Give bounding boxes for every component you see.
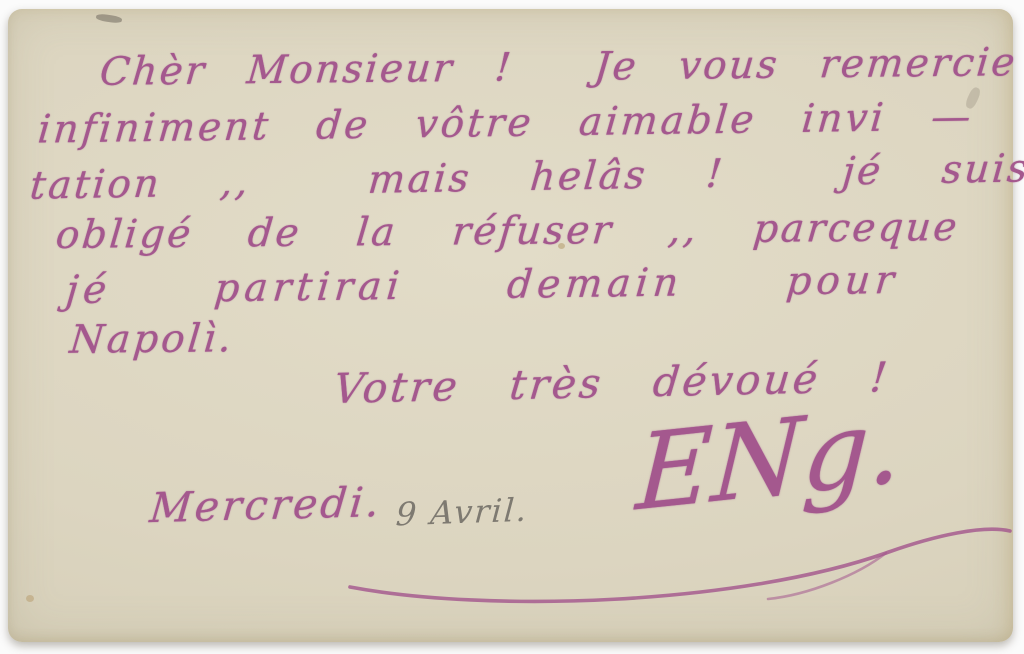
body-line-2: infiniment de vôtre aimable invi — xyxy=(36,94,975,152)
dateline-date-pencil: 9 Avril. xyxy=(395,491,530,534)
paper-speck xyxy=(26,595,34,602)
signature-initials: ENg. xyxy=(634,392,905,525)
body-line-4: obligé de la réfuser ,, parceque xyxy=(54,205,961,258)
photo-background: Chèr Monsieur ! Je vous remercie infinim… xyxy=(0,0,1024,654)
dateline-day: Mercredi. xyxy=(148,478,385,532)
paper-speck xyxy=(558,243,565,249)
body-line-5: jé partirai demain pour xyxy=(64,258,901,313)
paper-edge-mark xyxy=(96,13,123,24)
paper-edge-mark xyxy=(964,86,982,110)
postcard: Chèr Monsieur ! Je vous remercie infinim… xyxy=(8,9,1013,642)
body-line-6: Napolì. xyxy=(68,316,237,362)
salutation-line: Chèr Monsieur ! Je vous remercie xyxy=(98,40,1019,95)
body-line-3: tation ,, mais helâs ! jé suis xyxy=(28,146,1024,209)
